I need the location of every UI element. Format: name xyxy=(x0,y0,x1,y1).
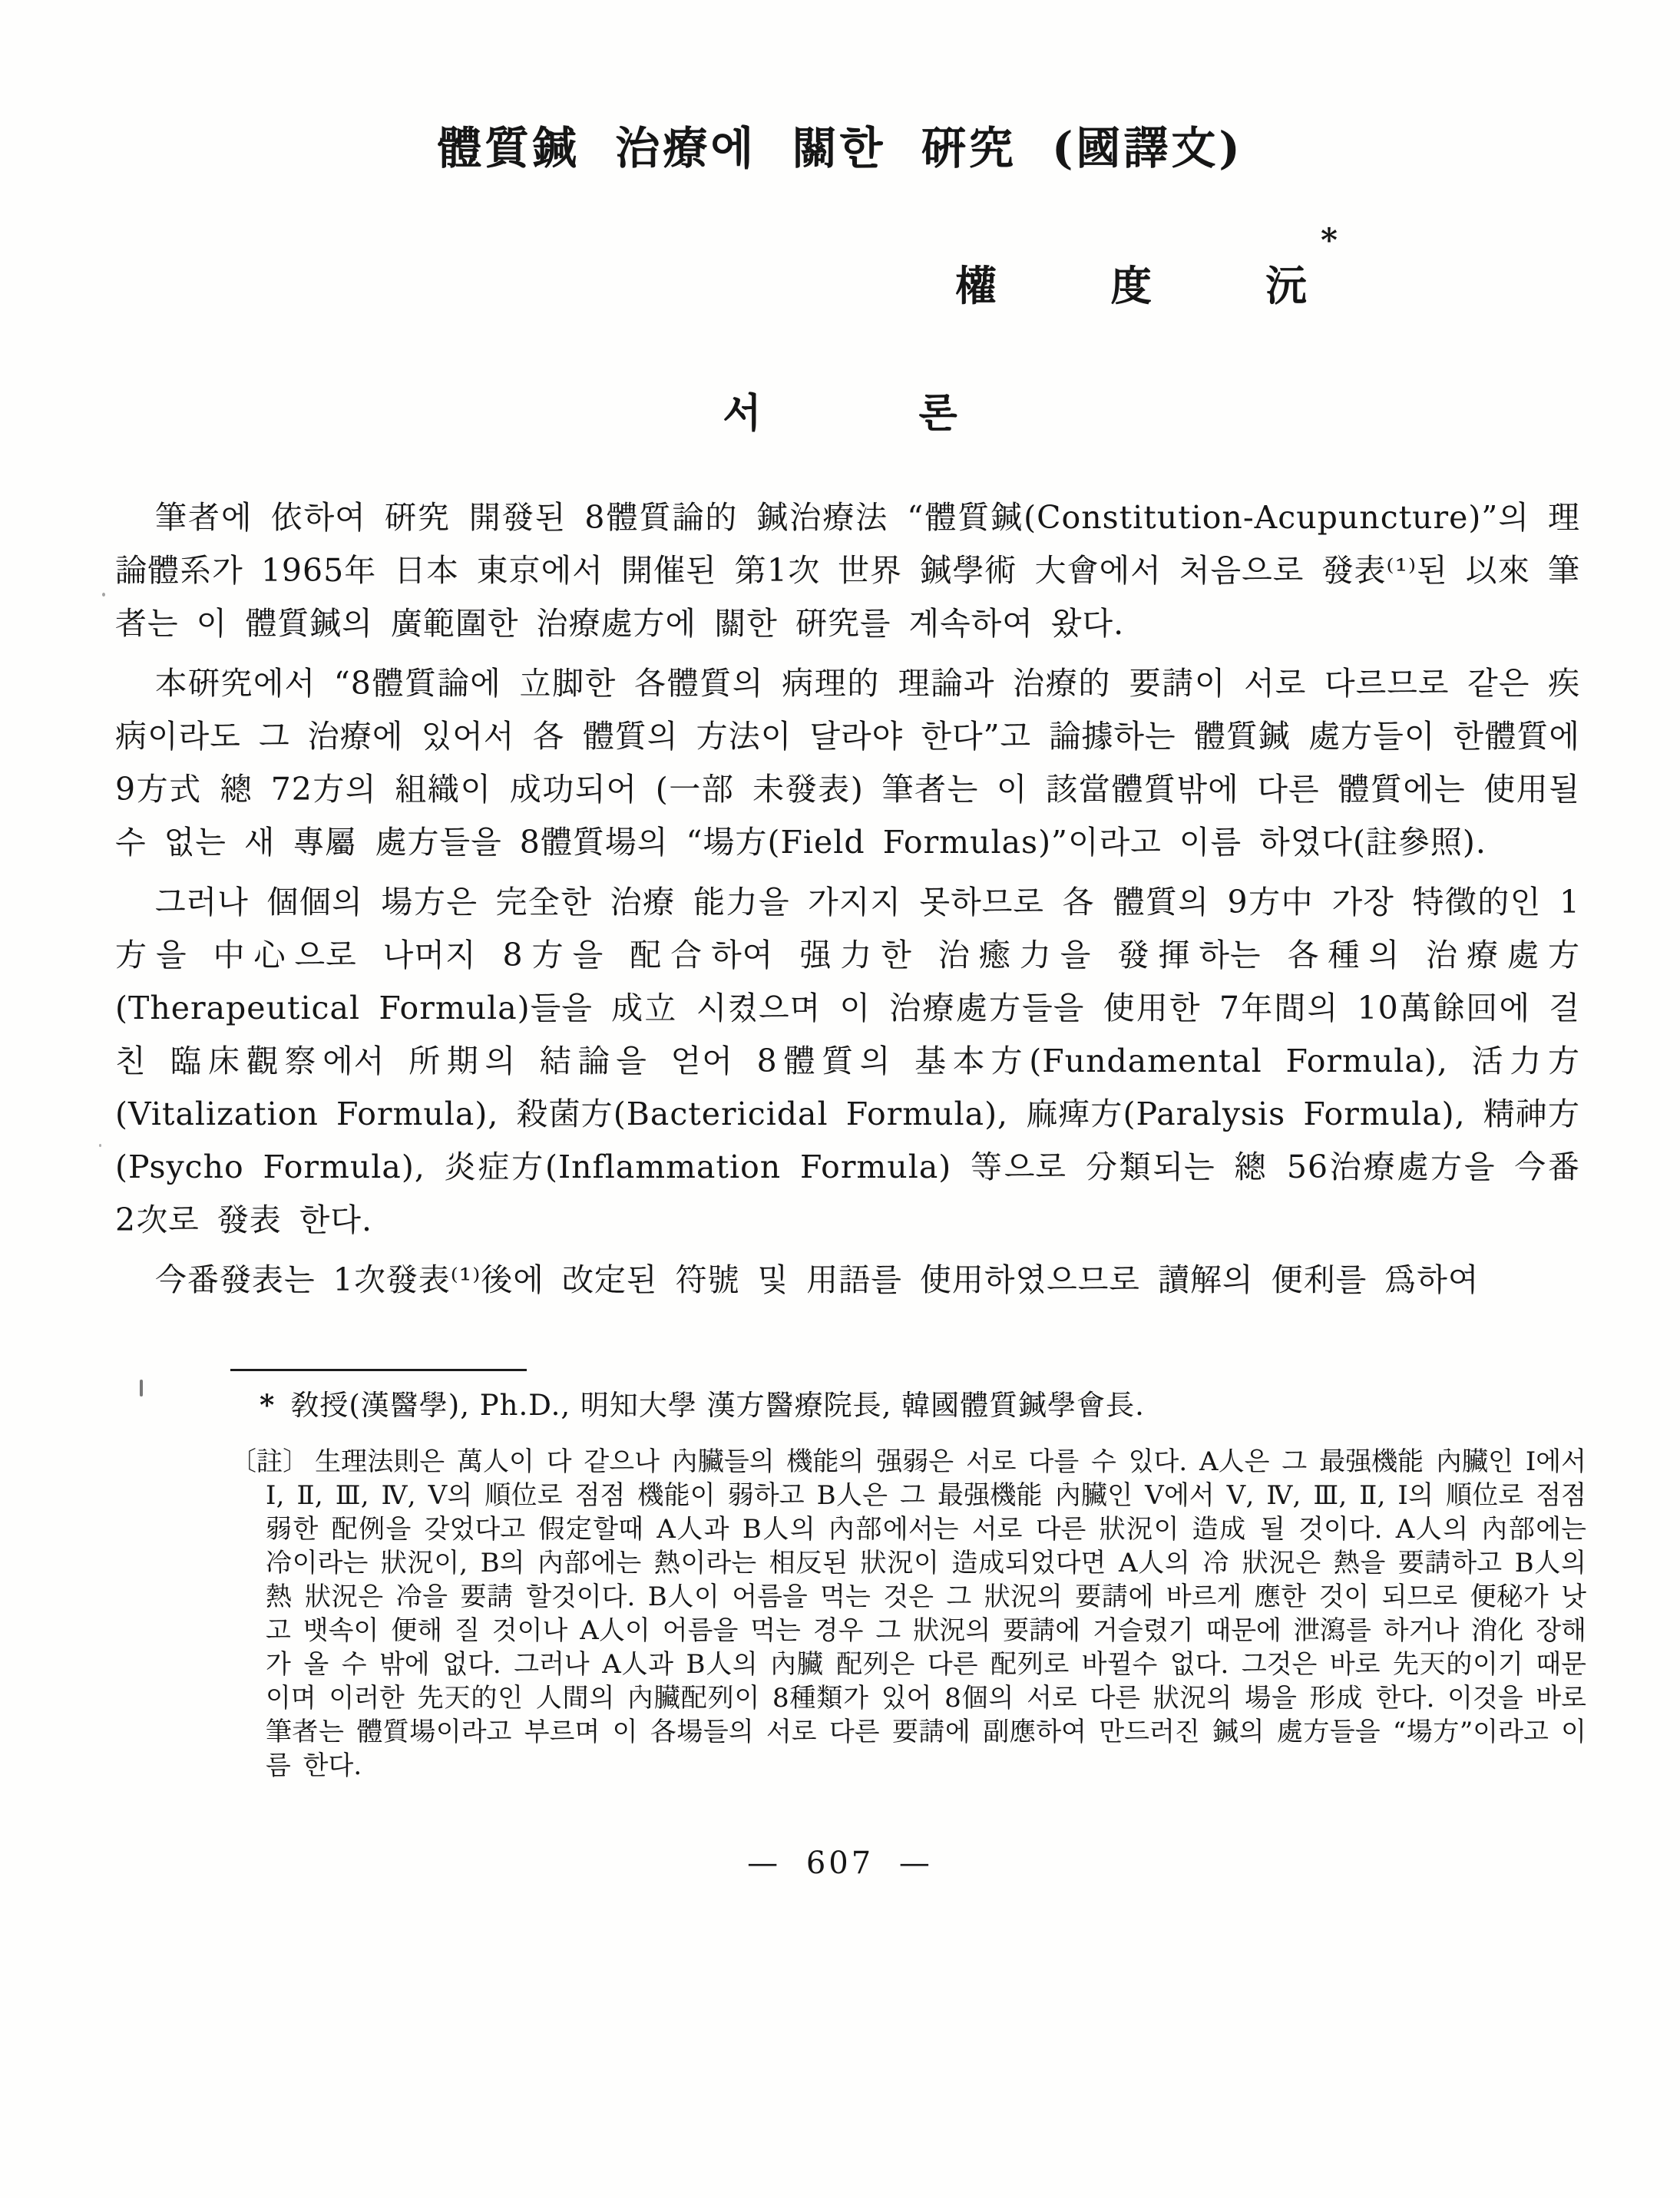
editorial-note-block: 〔註〕生理法則은 萬人이 다 같으나 內臟들의 機能의 强弱은 서로 다를 수 … xyxy=(230,1445,1586,1783)
scan-artifact-mark xyxy=(140,1380,143,1396)
scan-artifact-speck xyxy=(99,1144,101,1147)
author-footnote-asterisk: * xyxy=(1321,221,1338,259)
heading-char-1: 서 xyxy=(723,381,761,438)
body-paragraph-2: 本硏究에서 “8體質論에 立脚한 各體質의 病理的 理論과 治療的 要請이 서로… xyxy=(115,657,1580,869)
body-paragraph-4: 今番發表는 1次發表⁽¹⁾後에 改定된 符號 및 用語를 使用하였으므로 讀解의… xyxy=(115,1254,1580,1307)
scanned-paper-page: 體質鍼 治療에 關한 硏究 (國譯文) 權 度 沅 * 서 론 筆者에 依하여 … xyxy=(0,0,1680,2198)
footnote-asterisk: * xyxy=(260,1388,275,1422)
note-label: 〔註〕 xyxy=(230,1446,309,1477)
scan-artifact-speck xyxy=(102,593,105,597)
author-char-3: 沅 * xyxy=(1265,253,1307,312)
author-char-3-glyph: 沅 xyxy=(1265,261,1307,310)
author-char-1: 權 xyxy=(955,253,997,312)
section-heading-introduction: 서 론 xyxy=(0,381,1680,438)
body-paragraph-3: 그러나 個個의 場方은 完全한 治療 能力을 가지지 못하므로 各 體質의 9方… xyxy=(115,876,1580,1247)
heading-char-2: 론 xyxy=(919,381,957,438)
footnote-text: 敎授(漢醫學), Ph.D., 明知大學 漢方醫療院長, 韓國體質鍼學會長. xyxy=(290,1389,1145,1422)
editorial-note: 〔註〕生理法則은 萬人이 다 같으나 內臟들의 機能의 强弱은 서로 다를 수 … xyxy=(230,1445,1586,1783)
paper-title: 體質鍼 治療에 關한 硏究 (國譯文) xyxy=(0,112,1680,177)
author-name: 權 度 沅 * xyxy=(955,253,1307,312)
author-char-2: 度 xyxy=(1110,253,1152,312)
body-paragraph-1: 筆者에 依하여 硏究 開發된 8體質論的 鍼治療法 “體質鍼(Constitut… xyxy=(115,491,1580,650)
page-number: — 607 — xyxy=(0,1846,1680,1881)
footnote-separator-rule xyxy=(230,1369,527,1371)
body-text-block: 筆者에 依하여 硏究 開發된 8體質論的 鍼治療法 “體質鍼(Constitut… xyxy=(115,491,1580,1307)
author-affiliation-footnote: *敎授(漢醫學), Ph.D., 明知大學 漢方醫療院長, 韓國體質鍼學會長. xyxy=(260,1387,1565,1424)
note-text: 生理法則은 萬人이 다 같으나 內臟들의 機能의 强弱은 서로 다를 수 있다.… xyxy=(266,1446,1586,1781)
